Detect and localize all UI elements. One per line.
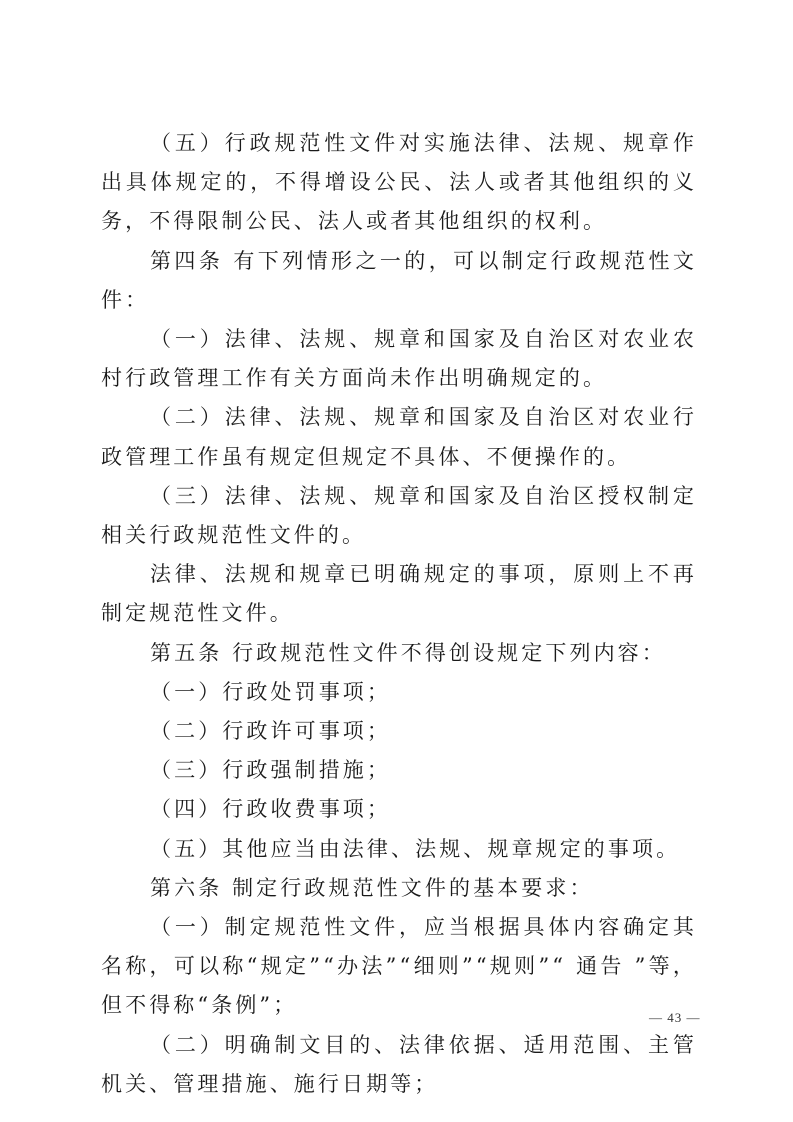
article-6-heading: 第六条 制定行政规范性文件的基本要求： [101, 869, 697, 908]
article-5-heading: 第五条 行政规范性文件不得创设规定下列内容： [101, 634, 697, 673]
article-4-item-1: （一）法律、法规、规章和国家及自治区对农业农村行政管理工作有关方面尚未作出明确规… [101, 320, 697, 398]
article-5-item-2: （二）行政许可事项； [101, 712, 697, 751]
paragraph-item-5-provision: （五）行政规范性文件对实施法律、法规、规章作出具体规定的，不得增设公民、法人或者… [101, 124, 697, 242]
article-5-item-5: （五）其他应当由法律、法规、规章规定的事项。 [101, 830, 697, 869]
article-5-item-1: （一）行政处罚事项； [101, 673, 697, 712]
body-text: （五）行政规范性文件对实施法律、法规、规章作出具体规定的，不得增设公民、法人或者… [101, 124, 697, 1104]
article-5-item-3: （三）行政强制措施； [101, 751, 697, 790]
article-4-heading: 第四条 有下列情形之一的，可以制定行政规范性文件： [101, 242, 697, 320]
article-4-item-2: （二）法律、法规、规章和国家及自治区对农业行政管理工作虽有规定但规定不具体、不便… [101, 398, 697, 476]
document-page: （五）行政规范性文件对实施法律、法规、规章作出具体规定的，不得增设公民、法人或者… [0, 0, 793, 1122]
page-number: — 43 — [649, 1010, 701, 1026]
article-5-item-4: （四）行政收费事项； [101, 790, 697, 829]
article-4-note: 法律、法规和规章已明确规定的事项，原则上不再制定规范性文件。 [101, 555, 697, 633]
article-6-item-1: （一）制定规范性文件，应当根据具体内容确定其名称，可以称“规定”“办法”“细则”… [101, 908, 697, 1026]
article-4-item-3: （三）法律、法规、规章和国家及自治区授权制定相关行政规范性文件的。 [101, 477, 697, 555]
article-6-item-2: （二）明确制文目的、法律依据、适用范围、主管机关、管理措施、施行日期等； [101, 1026, 697, 1104]
